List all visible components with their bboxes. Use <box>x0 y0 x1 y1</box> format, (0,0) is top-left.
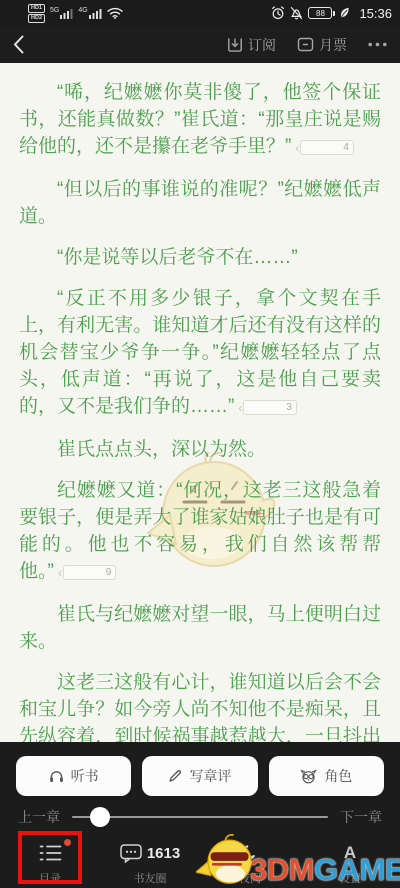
paragraph: “你是说等以后老爷不在……” <box>19 244 381 271</box>
font-settings-icon: A <box>344 843 356 863</box>
comment-count-badge[interactable]: 9 <box>58 566 117 580</box>
comment-total-count: 1613 <box>147 845 180 862</box>
monthly-ticket-label: 月票 <box>319 35 347 55</box>
monthly-ticket-button[interactable]: 月票 <box>297 35 347 55</box>
notification-dot <box>64 839 71 846</box>
paragraph: “唏，纪嬷嬷你莫非傻了，他签个保证书，还能真做数？”崔氏道：“那皇庄说是赐给他的… <box>19 79 381 162</box>
listen-label: 听书 <box>71 766 99 786</box>
catalog-list-icon <box>39 844 62 862</box>
more-icon[interactable] <box>368 42 387 47</box>
headphones-icon <box>49 769 64 783</box>
bottom-nav: 目录 1613 书友圈 夜间 A 设置 <box>0 835 400 886</box>
nav-item-night-mode[interactable]: 夜间 <box>200 835 300 886</box>
chapter-progress-row: 上一章 下一章 <box>0 799 400 835</box>
battery-icon: 88 <box>308 7 332 19</box>
subscribe-label: 订阅 <box>248 35 276 55</box>
listen-button[interactable]: 听书 <box>16 756 131 796</box>
next-chapter-button[interactable]: 下一章 <box>340 807 382 827</box>
prev-chapter-button[interactable]: 上一章 <box>18 807 60 827</box>
paragraph: “反正不用多少银子，拿个文契在手上，有利无害。谁知道才后还有没有这样的机会替宝少… <box>19 285 381 422</box>
character-button[interactable]: 角色 <box>269 756 384 796</box>
comment-count-badge[interactable]: 3 <box>238 401 297 415</box>
chapter-text: “唏，纪嬷嬷你莫非傻了，他签个保证书，还能真做数？”崔氏道：“那皇庄说是赐给他的… <box>19 79 381 742</box>
catalog-label: 目录 <box>39 870 61 886</box>
hd-sim-badges: HD1 HD2 <box>28 4 45 23</box>
slider-knob[interactable] <box>90 807 110 827</box>
signal-5g: 5G <box>50 7 73 19</box>
speech-bubble-icon <box>120 844 142 863</box>
signal-bars-icon <box>60 8 73 19</box>
power-saver-leaf-icon <box>339 7 350 19</box>
hd1-badge: HD1 <box>28 4 45 13</box>
top-nav-bar: 订阅 月票 <box>0 26 400 63</box>
paragraph: 崔氏与纪嬷嬷对望一眼，马上便明白过来。 <box>19 601 381 655</box>
moon-icon <box>241 844 259 862</box>
progress-slider[interactable] <box>72 807 328 827</box>
book-circle-label: 书友圈 <box>134 870 167 886</box>
signal-bars-icon <box>89 8 102 19</box>
reader-page[interactable]: “唏，纪嬷嬷你莫非傻了，他签个保证书，还能真做数？”崔氏道：“那皇庄说是赐给他的… <box>0 63 400 742</box>
alarm-icon <box>271 6 285 20</box>
settings-label: 设置 <box>339 870 361 886</box>
status-bar: HD1 HD2 5G 4G 88 15:36 <box>0 0 400 26</box>
battery-level: 88 <box>316 9 325 18</box>
status-left: HD1 HD2 5G 4G <box>28 4 123 23</box>
nav-item-settings[interactable]: A 设置 <box>300 835 400 886</box>
write-comment-button[interactable]: 写章评 <box>142 756 257 796</box>
comment-count-badge[interactable]: 4 <box>295 141 354 155</box>
ticket-icon <box>297 37 314 52</box>
clock-time: 15:36 <box>359 6 392 21</box>
nav-item-book-circle[interactable]: 1613 书友圈 <box>100 835 200 886</box>
wifi-icon <box>107 7 123 19</box>
toolbar: 听书 写章评 角色 <box>0 742 400 796</box>
nav-item-catalog[interactable]: 目录 <box>0 835 100 886</box>
signal-4g: 4G <box>78 7 101 19</box>
character-label: 角色 <box>324 766 352 786</box>
pencil-icon <box>168 769 182 783</box>
slider-track[interactable] <box>72 816 328 818</box>
subscribe-button[interactable]: 订阅 <box>227 35 276 55</box>
download-tray-icon <box>227 37 243 53</box>
owl-face-icon <box>300 769 317 784</box>
status-right: 88 15:36 <box>271 6 392 21</box>
write-comment-label: 写章评 <box>189 766 231 786</box>
paragraph: 崔氏点点头，深以为然。 <box>19 436 381 463</box>
night-mode-label: 夜间 <box>239 870 261 886</box>
back-icon[interactable] <box>13 35 24 54</box>
reader-menu-panel: 听书 写章评 角色 上一章 下一章 <box>0 742 400 888</box>
paragraph: 这老三这般有心计，谁知道以后会不会和宝儿争？如今旁人尚不知他不是痴呆，且先纵容着… <box>19 669 381 742</box>
mute-bell-icon <box>290 6 303 20</box>
hd2-badge: HD2 <box>28 14 45 23</box>
paragraph: “但以后的事谁说的准呢？”纪嬷嬷低声道。 <box>19 176 381 230</box>
reader-app-screen: HD1 HD2 5G 4G 88 15:36 订 <box>0 0 400 888</box>
paragraph: 纪嬷嬷又道：“何况，这老三这般急着要银子，便是弄大了谁家姑娘肚子也是有可能的。他… <box>19 477 381 587</box>
